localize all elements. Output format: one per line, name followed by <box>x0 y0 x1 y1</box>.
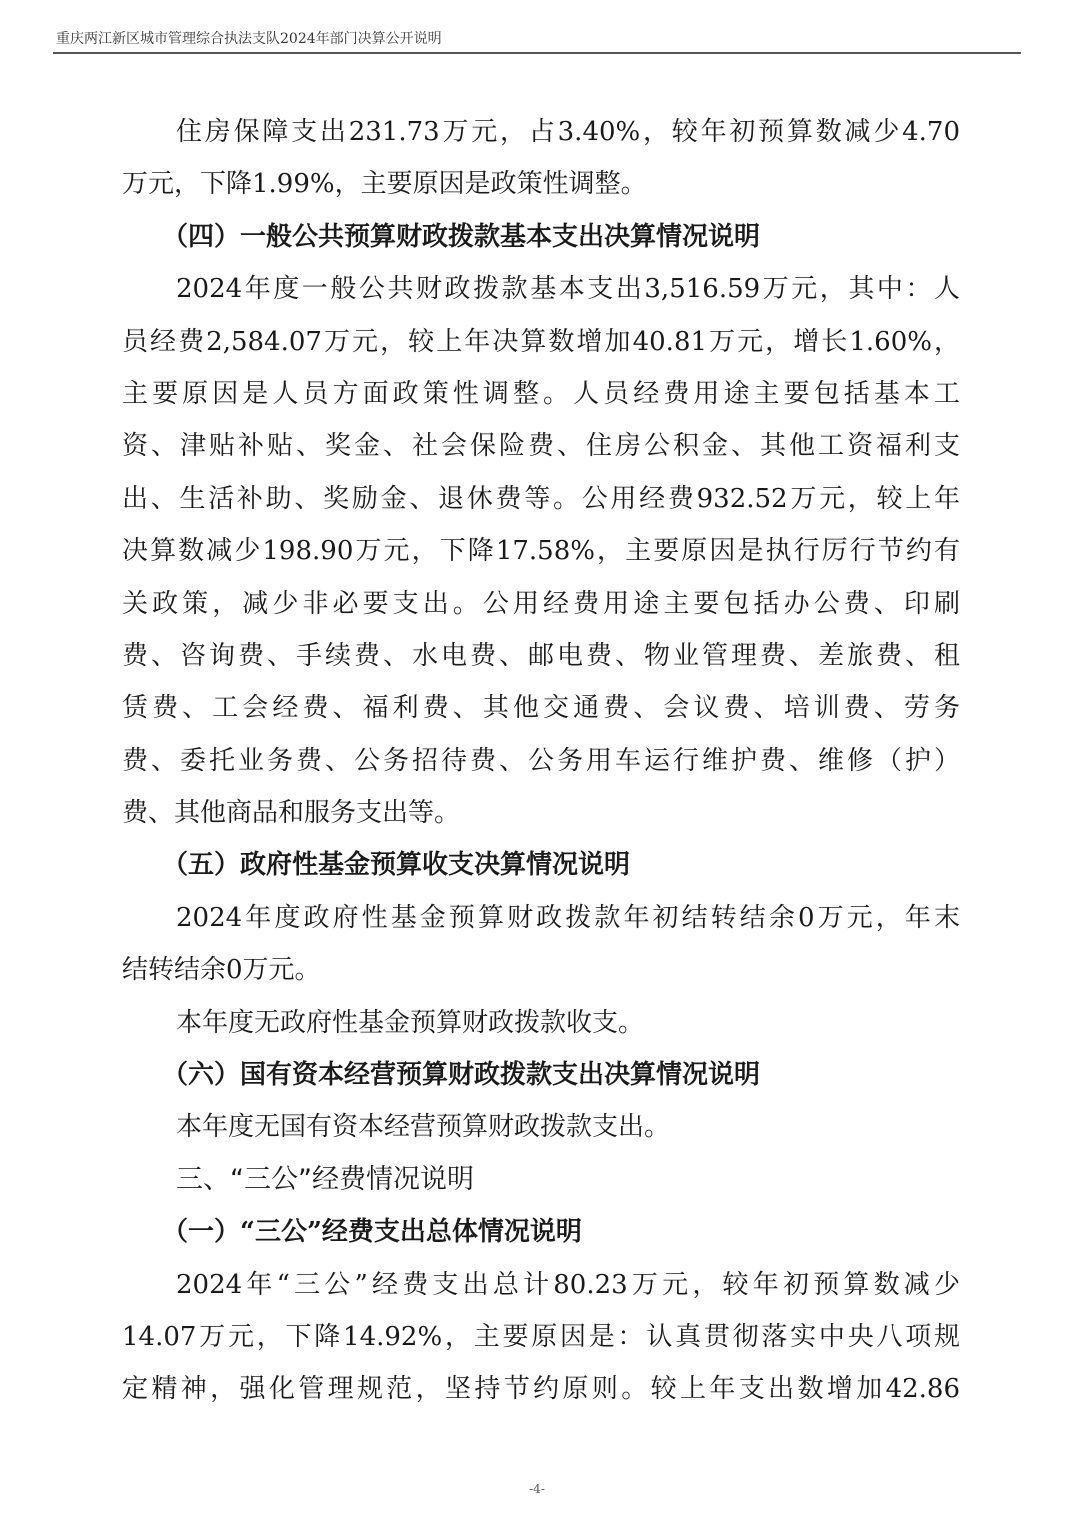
paragraph-line: 关政策，减少非必要支出。公用经费用途主要包括办公费、印刷 <box>122 578 960 630</box>
section-heading-1: （一）“三公”经费支出总体情况说明 <box>122 1206 960 1258</box>
paragraph-line: 本年度无政府性基金预算财政拨款收支。 <box>122 997 960 1049</box>
paragraph-line: 2024年度一般公共财政拨款基本支出3,516.59万元，其中：人 <box>122 263 960 315</box>
paragraph-line: 住房保障支出231.73万元，占3.40%，较年初预算数减少4.70 <box>122 106 960 158</box>
paragraph-line: 费、委托业务费、公务招待费、公务用车运行维护费、维修（护） <box>122 735 960 787</box>
section-heading-4: （四）一般公共预算财政拨款基本支出决算情况说明 <box>122 211 960 263</box>
paragraph-line: 2024年度政府性基金预算财政拨款年初结转结余0万元，年末 <box>122 892 960 944</box>
paragraph-line: 本年度无国有资本经营预算财政拨款支出。 <box>122 1101 960 1153</box>
paragraph-line: 资、津贴补贴、奖金、社会保险费、住房公积金、其他工资福利支 <box>122 420 960 472</box>
paragraph-line: 决算数减少198.90万元，下降17.58%，主要原因是执行厉行节约有 <box>122 525 960 577</box>
paragraph-line: 费、咨询费、手续费、水电费、邮电费、物业管理费、差旅费、租 <box>122 630 960 682</box>
paragraph-line: 费、其他商品和服务支出等。 <box>122 787 960 839</box>
paragraph-line: 结转结余0万元。 <box>122 944 960 996</box>
paragraph-line: 赁费、工会经费、福利费、其他交通费、会议费、培训费、劳务 <box>122 682 960 734</box>
section-heading-6: （六）国有资本经营预算财政拨款支出决算情况说明 <box>122 1049 960 1101</box>
paragraph-line: 14.07万元，下降14.92%，主要原因是：认真贯彻落实中央八项规 <box>122 1311 960 1363</box>
paragraph-line: 员经费2,584.07万元，较上年决算数增加40.81万元，增长1.60%， <box>122 316 960 368</box>
paragraph-line: 2024年“三公”经费支出总计80.23万元，较年初预算数减少 <box>122 1259 960 1311</box>
running-header-title: 重庆两江新区城市管理综合执法支队2024年部门决算公开说明 <box>56 28 442 48</box>
paragraph-line: 主要原因是人员方面政策性调整。人员经费用途主要包括基本工 <box>122 368 960 420</box>
section-heading-5: （五）政府性基金预算收支决算情况说明 <box>122 839 960 891</box>
paragraph-line: 万元，下降1.99%，主要原因是政策性调整。 <box>122 158 960 210</box>
paragraph-line: 出、生活补助、奖励金、退休费等。公用经费932.52万元，较上年 <box>122 473 960 525</box>
chapter-heading-3: 三、“三公”经费情况说明 <box>122 1154 960 1206</box>
page-number: -4- <box>0 1482 1074 1496</box>
document-body: 住房保障支出231.73万元，占3.40%，较年初预算数减少4.70 万元，下降… <box>122 106 960 1416</box>
paragraph-line: 定精神，强化管理规范，坚持节约原则。较上年支出数增加42.86 <box>122 1363 960 1415</box>
header-divider <box>53 52 1021 54</box>
